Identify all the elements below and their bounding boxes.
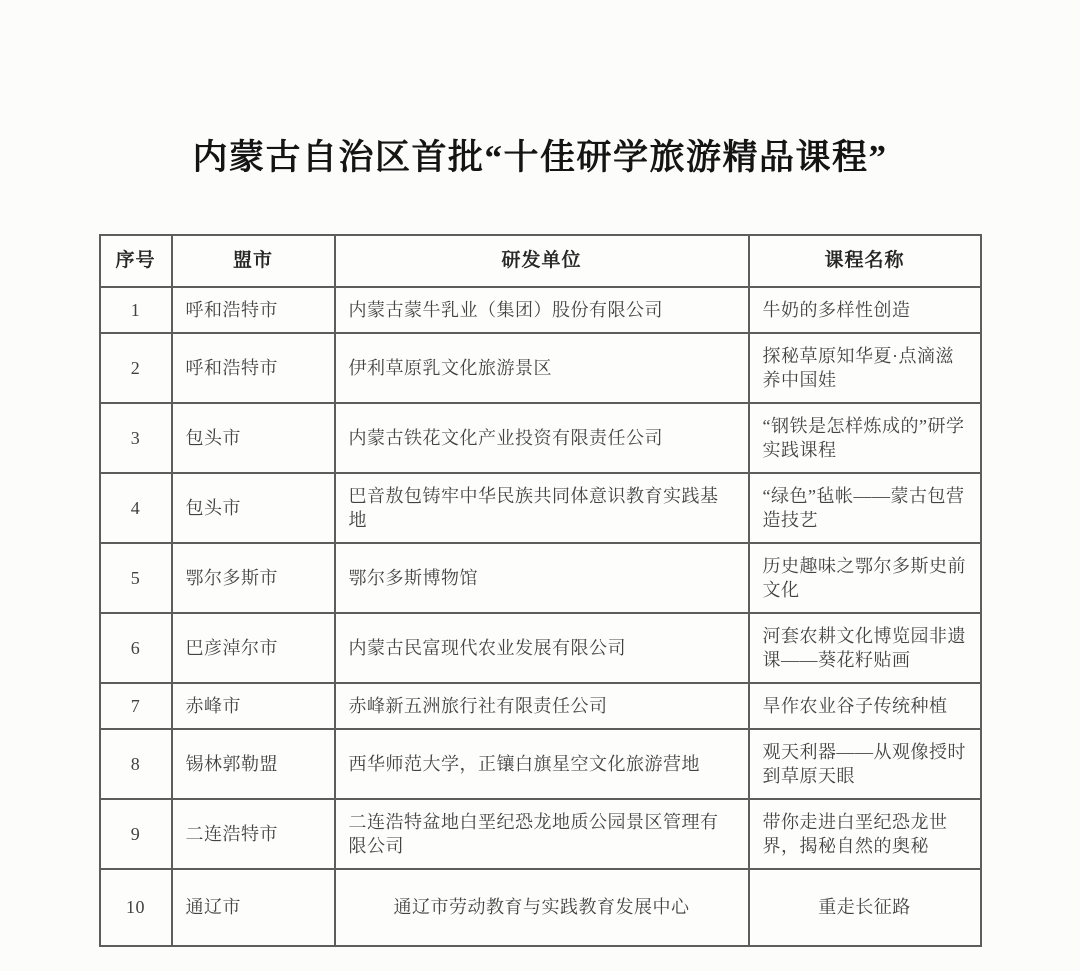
page-title: 内蒙古自治区首批“十佳研学旅游精品课程”: [0, 0, 1080, 180]
table-row: 2呼和浩特市伊利草原乳文化旅游景区探秘草原知华夏·点滴滋养中国娃: [100, 333, 981, 403]
cell-index: 3: [100, 403, 172, 473]
table-row: 7赤峰市赤峰新五洲旅行社有限责任公司旱作农业谷子传统种植: [100, 683, 981, 729]
cell-city: 包头市: [172, 403, 335, 473]
cell-city: 鄂尔多斯市: [172, 543, 335, 613]
cell-city: 锡林郭勒盟: [172, 729, 335, 799]
table-header-row: 序号盟市研发单位课程名称: [100, 235, 981, 287]
cell-unit: 内蒙古铁花文化产业投资有限责任公司: [335, 403, 749, 473]
cell-index: 4: [100, 473, 172, 543]
table-row: 4包头市巴音敖包铸牢中华民族共同体意识教育实践基地“绿色”毡帐——蒙古包营造技艺: [100, 473, 981, 543]
column-header-unit: 研发单位: [335, 235, 749, 287]
cell-course: 带你走进白垩纪恐龙世界，揭秘自然的奥秘: [749, 799, 981, 869]
table-row: 6巴彦淖尔市内蒙古民富现代农业发展有限公司河套农耕文化博览园非遗课——葵花籽贴画: [100, 613, 981, 683]
cell-course: 牛奶的多样性创造: [749, 287, 981, 333]
cell-index: 7: [100, 683, 172, 729]
cell-course: 重走长征路: [749, 869, 981, 946]
cell-unit: 伊利草原乳文化旅游景区: [335, 333, 749, 403]
table-row: 5鄂尔多斯市鄂尔多斯博物馆历史趣味之鄂尔多斯史前文化: [100, 543, 981, 613]
cell-unit: 二连浩特盆地白垩纪恐龙地质公园景区管理有限公司: [335, 799, 749, 869]
cell-unit: 鄂尔多斯博物馆: [335, 543, 749, 613]
cell-course: 探秘草原知华夏·点滴滋养中国娃: [749, 333, 981, 403]
cell-index: 8: [100, 729, 172, 799]
cell-course: 观天利器——从观像授时到草原天眼: [749, 729, 981, 799]
table-row: 3包头市内蒙古铁花文化产业投资有限责任公司“钢铁是怎样炼成的”研学实践课程: [100, 403, 981, 473]
column-header-city: 盟市: [172, 235, 335, 287]
table-row: 10通辽市通辽市劳动教育与实践教育发展中心重走长征路: [100, 869, 981, 946]
column-header-course: 课程名称: [749, 235, 981, 287]
cell-city: 赤峰市: [172, 683, 335, 729]
document-page: 内蒙古自治区首批“十佳研学旅游精品课程” 序号盟市研发单位课程名称 1呼和浩特市…: [0, 0, 1080, 971]
cell-index: 5: [100, 543, 172, 613]
cell-unit: 内蒙古蒙牛乳业（集团）股份有限公司: [335, 287, 749, 333]
cell-index: 10: [100, 869, 172, 946]
cell-unit: 西华师范大学，正镶白旗星空文化旅游营地: [335, 729, 749, 799]
cell-unit: 通辽市劳动教育与实践教育发展中心: [335, 869, 749, 946]
cell-unit: 巴音敖包铸牢中华民族共同体意识教育实践基地: [335, 473, 749, 543]
cell-unit: 赤峰新五洲旅行社有限责任公司: [335, 683, 749, 729]
cell-course: 历史趣味之鄂尔多斯史前文化: [749, 543, 981, 613]
cell-index: 6: [100, 613, 172, 683]
cell-city: 二连浩特市: [172, 799, 335, 869]
cell-city: 呼和浩特市: [172, 333, 335, 403]
table-header: 序号盟市研发单位课程名称: [100, 235, 981, 287]
cell-course: 河套农耕文化博览园非遗课——葵花籽贴画: [749, 613, 981, 683]
cell-index: 1: [100, 287, 172, 333]
cell-index: 2: [100, 333, 172, 403]
cell-city: 呼和浩特市: [172, 287, 335, 333]
cell-unit: 内蒙古民富现代农业发展有限公司: [335, 613, 749, 683]
cell-course: 旱作农业谷子传统种植: [749, 683, 981, 729]
cell-course: “绿色”毡帐——蒙古包营造技艺: [749, 473, 981, 543]
table-row: 9二连浩特市二连浩特盆地白垩纪恐龙地质公园景区管理有限公司带你走进白垩纪恐龙世界…: [100, 799, 981, 869]
cell-city: 包头市: [172, 473, 335, 543]
cell-city: 巴彦淖尔市: [172, 613, 335, 683]
course-table: 序号盟市研发单位课程名称 1呼和浩特市内蒙古蒙牛乳业（集团）股份有限公司牛奶的多…: [99, 234, 982, 947]
cell-index: 9: [100, 799, 172, 869]
table-row: 8锡林郭勒盟西华师范大学，正镶白旗星空文化旅游营地观天利器——从观像授时到草原天…: [100, 729, 981, 799]
cell-course: “钢铁是怎样炼成的”研学实践课程: [749, 403, 981, 473]
table-row: 1呼和浩特市内蒙古蒙牛乳业（集团）股份有限公司牛奶的多样性创造: [100, 287, 981, 333]
column-header-index: 序号: [100, 235, 172, 287]
cell-city: 通辽市: [172, 869, 335, 946]
table-body: 1呼和浩特市内蒙古蒙牛乳业（集团）股份有限公司牛奶的多样性创造2呼和浩特市伊利草…: [100, 287, 981, 946]
